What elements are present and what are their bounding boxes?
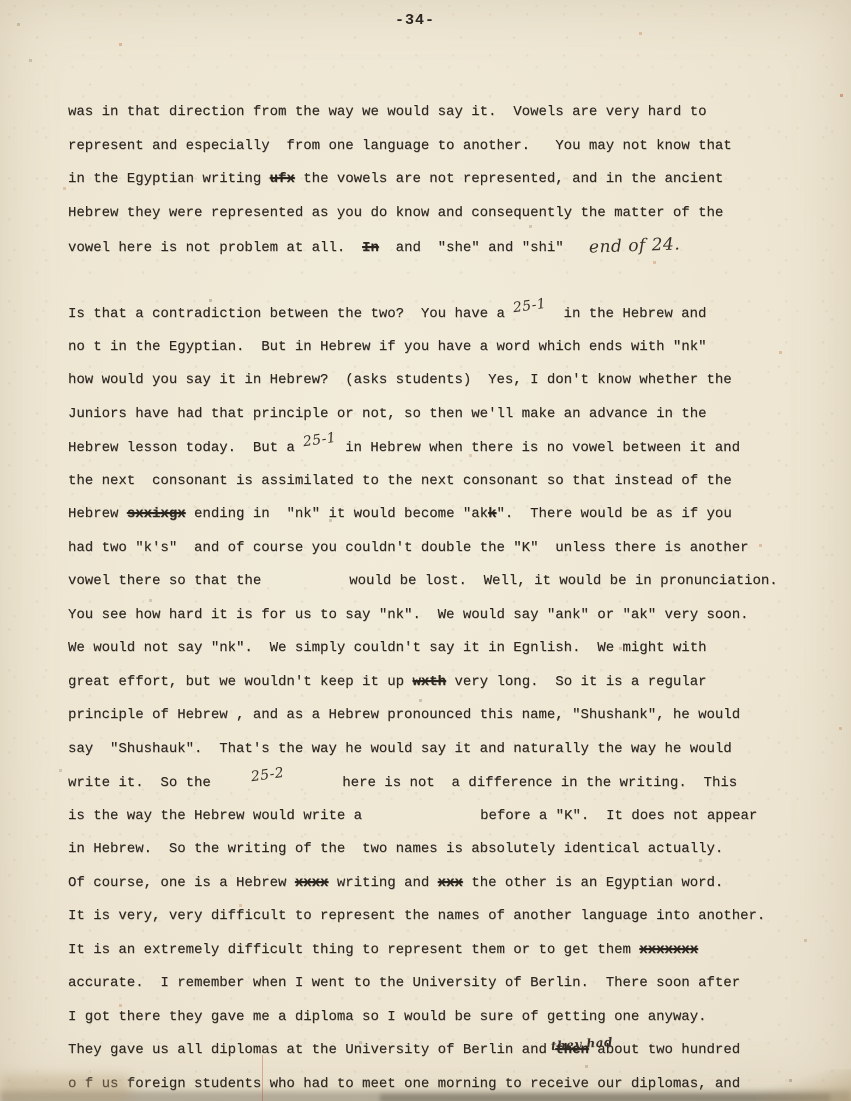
- document-line: the next consonant is assimilated to the…: [68, 465, 811, 499]
- document-body: was in that direction from the way we wo…: [68, 96, 811, 1101]
- document-line: Juniors have had that principle or not, …: [68, 398, 811, 432]
- document-line: write it. So the25-2here is not a differ…: [68, 766, 811, 800]
- text-segment: had two "k's" and of course you couldn't…: [68, 540, 749, 556]
- text-segment: how would you say it in Hebrew? (asks st…: [68, 372, 732, 388]
- text-segment: before a "K". It does not appear: [480, 808, 757, 824]
- text-segment: no t in the Egyptian. But in Hebrew if y…: [68, 339, 707, 355]
- document-line: They gave us all diplomas at the Univers…: [68, 1034, 811, 1068]
- handwritten-annotation: end of 24.: [588, 228, 680, 265]
- text-segment: say "Shushauk". That's the way he would …: [68, 741, 732, 757]
- text-segment: ". There would be as if you: [496, 506, 731, 522]
- text-segment: I got there they gave me a diploma so I …: [68, 1009, 707, 1025]
- text-segment: Of course, one is a Hebrew: [68, 875, 295, 891]
- text-segment: would be lost. Well, it would be in pron…: [349, 573, 777, 589]
- document-line: in Hebrew. So the writing of the two nam…: [68, 833, 811, 867]
- document-line: vowel there so that thewould be lost. We…: [68, 565, 811, 599]
- document-line: in the Egyptian writing ufx the vowels a…: [68, 163, 811, 197]
- document-page: { "page": { "page_number": "-34-", "pape…: [0, 0, 851, 1101]
- handwritten-annotation: 25-1: [301, 422, 339, 460]
- text-segment: Hebrew lesson today. But a: [68, 440, 303, 456]
- document-line: principle of Hebrew , and as a Hebrew pr…: [68, 699, 811, 733]
- text-segment: represent and especially from one langua…: [68, 138, 732, 154]
- text-segment: great effort, but we wouldn't keep it up: [68, 674, 412, 690]
- text-segment: They gave us all diplomas at the Univers…: [68, 1042, 555, 1058]
- text-segment: We would not say "nk". We simply couldn'…: [68, 640, 707, 656]
- text-segment: principle of Hebrew , and as a Hebrew pr…: [68, 707, 740, 723]
- strikethrough-segment: xxxx: [295, 875, 329, 891]
- text-segment: ending in "nk" it would become "ak: [186, 506, 488, 522]
- document-line: o f us foreign students who had to meet …: [68, 1068, 811, 1101]
- gap-segment: [261, 583, 349, 584]
- text-segment: Is that a contradiction between the two?…: [68, 306, 513, 322]
- strikethrough-segment: xxx: [438, 875, 463, 891]
- text-segment: is the way the Hebrew would write a: [68, 808, 362, 824]
- document-line: vowel here is not problem at all. In and…: [68, 230, 811, 264]
- text-segment: very long. So it is a regular: [446, 674, 706, 690]
- text-segment: You see how hard it is for us to say "nk…: [68, 607, 749, 623]
- document-line: Hebrew they were represented as you do k…: [68, 197, 811, 231]
- document-line: Is that a contradiction between the two?…: [68, 297, 811, 331]
- document-line: had two "k's" and of course you couldn't…: [68, 532, 811, 566]
- page-number: -34-: [0, 12, 830, 29]
- document-line: It is an extremely difficult thing to re…: [68, 934, 811, 968]
- text-segment: the other is an Egyptian word.: [463, 875, 723, 891]
- document-line: say "Shushauk". That's the way he would …: [68, 733, 811, 767]
- text-segment: in Hebrew when there is no vowel between…: [337, 440, 740, 456]
- text-segment: and "she" and "shi": [379, 240, 589, 256]
- text-segment: Hebrew: [68, 506, 127, 522]
- document-line: Hebrew lesson today. But a 25-1 in Hebre…: [68, 431, 811, 465]
- text-segment: in Hebrew. So the writing of the two nam…: [68, 841, 723, 857]
- insertion-segment: thenthey had: [555, 1042, 589, 1058]
- document-line: how would you say it in Hebrew? (asks st…: [68, 364, 811, 398]
- paper-specks: [0, 0, 1, 1]
- text-segment: the next consonant is assimilated to the…: [68, 473, 732, 489]
- handwritten-annotation: 25-2: [249, 757, 287, 795]
- document-line: Hebrew sxxixgx ending in "nk" it would b…: [68, 498, 811, 532]
- gap-segment: [284, 785, 342, 786]
- text-segment: Juniors have had that principle or not, …: [68, 406, 707, 422]
- document-line: We would not say "nk". We simply couldn'…: [68, 632, 811, 666]
- strikethrough-segment: xxxxxxx: [639, 942, 698, 958]
- text-segment: here is not a difference in the writing.…: [342, 775, 737, 791]
- text-segment: accurate. I remember when I went to the …: [68, 975, 740, 991]
- document-line: I got there they gave me a diploma so I …: [68, 1001, 811, 1035]
- gap-segment: [211, 785, 251, 786]
- text-segment: was in that direction from the way we wo…: [68, 104, 707, 120]
- document-line: It is very, very difficult to represent …: [68, 900, 811, 934]
- handwritten-insertion: they had: [550, 1026, 614, 1064]
- text-segment: in the Egyptian writing: [68, 171, 270, 187]
- text-segment: in the Hebrew and: [547, 306, 707, 322]
- document-line: [68, 264, 811, 298]
- text-segment: the vowels are not represented, and in t…: [295, 171, 723, 187]
- document-line: You see how hard it is for us to say "nk…: [68, 599, 811, 633]
- text-segment: write it. So the: [68, 775, 211, 791]
- strikethrough-segment: sxxixgx: [127, 506, 186, 522]
- strikethrough-segment: In: [362, 240, 379, 256]
- text-segment: vowel there so that the: [68, 573, 261, 589]
- document-line: was in that direction from the way we wo…: [68, 96, 811, 130]
- strikethrough-segment: ufx: [270, 171, 295, 187]
- document-line: represent and especially from one langua…: [68, 130, 811, 164]
- text-segment: It is an extremely difficult thing to re…: [68, 942, 639, 958]
- strikethrough-segment: wxth: [412, 674, 446, 690]
- text-segment: o f us foreign students who had to meet …: [68, 1076, 740, 1092]
- document-line: great effort, but we wouldn't keep it up…: [68, 666, 811, 700]
- document-line: no t in the Egyptian. But in Hebrew if y…: [68, 331, 811, 365]
- text-segment: vowel here is not problem at all.: [68, 240, 362, 256]
- text-segment: Hebrew they were represented as you do k…: [68, 205, 723, 221]
- document-line: accurate. I remember when I went to the …: [68, 967, 811, 1001]
- gap-segment: [362, 818, 480, 819]
- text-segment: It is very, very difficult to represent …: [68, 908, 765, 924]
- text-segment: writing and: [328, 875, 437, 891]
- handwritten-annotation: 25-1: [511, 288, 549, 326]
- document-line: is the way the Hebrew would write abefor…: [68, 800, 811, 834]
- document-line: Of course, one is a Hebrew xxxx writing …: [68, 867, 811, 901]
